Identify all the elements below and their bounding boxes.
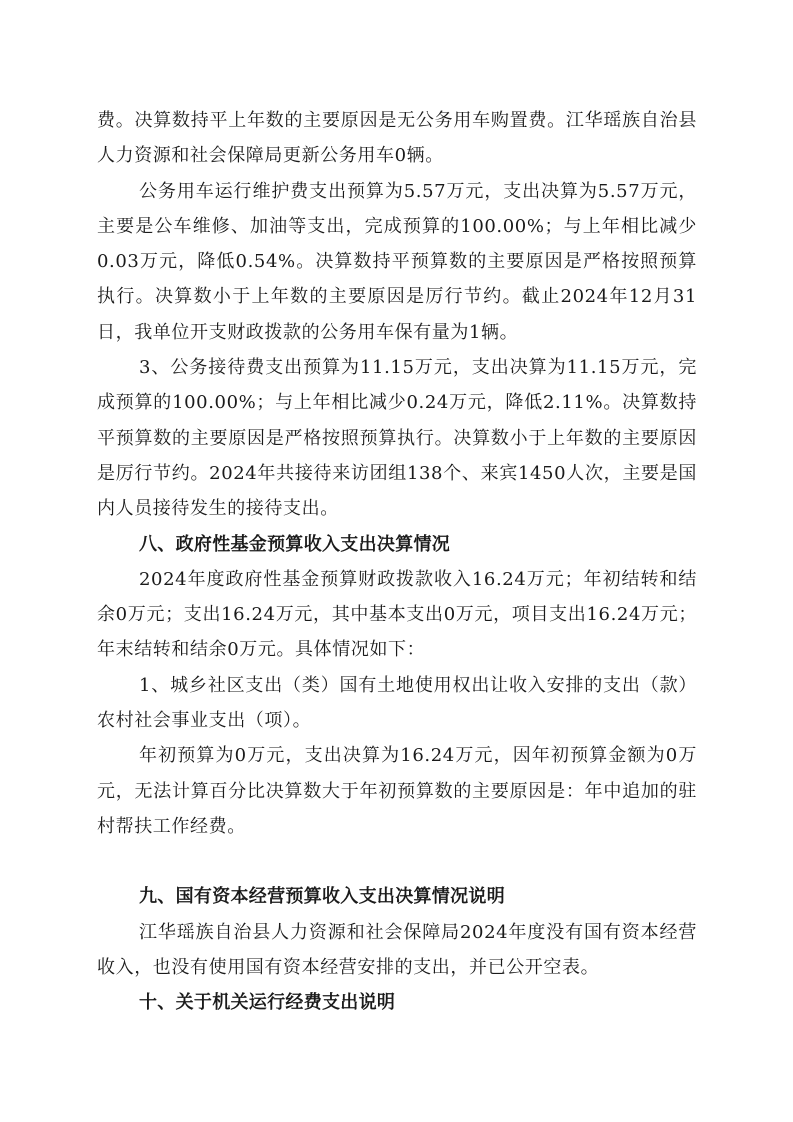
paragraph-reception-expense: 3、公务接待费支出预算为11.15万元，支出决算为11.15万元，完成预算的10…: [97, 350, 697, 526]
paragraph-gov-fund-summary: 2024年度政府性基金预算财政拨款收入16.24万元；年初结转和结余0万元；支出…: [97, 562, 697, 668]
paragraph-gov-fund-item-1-detail: 年初预算为0万元，支出决算为16.24万元，因年初预算金额为0万元，无法计算百分…: [97, 738, 697, 844]
paragraph-state-capital: 江华瑶族自治县人力资源和社会保障局2024年度没有国有资本经营收入，也没有使用国…: [97, 915, 697, 986]
blank-line: [97, 844, 697, 879]
paragraph-vehicle-purchase-summary: 费。决算数持平上年数的主要原因是无公务用车购置费。江华瑶族自治县人力资源和社会保…: [97, 103, 697, 174]
paragraph-gov-fund-item-1: 1、城乡社区支出（类）国有土地使用权出让收入安排的支出（款）农村社会事业支出（项…: [97, 668, 697, 739]
paragraph-vehicle-maintenance: 公务用车运行维护费支出预算为5.57万元，支出决算为5.57万元，主要是公车维修…: [97, 174, 697, 350]
document-page: 费。决算数持平上年数的主要原因是无公务用车购置费。江华瑶族自治县人力资源和社会保…: [97, 103, 697, 1020]
section-heading-9: 九、国有资本经营预算收入支出决算情况说明: [97, 879, 697, 914]
section-heading-8: 八、政府性基金预算收入支出决算情况: [97, 527, 697, 562]
section-heading-10: 十、关于机关运行经费支出说明: [97, 985, 697, 1020]
